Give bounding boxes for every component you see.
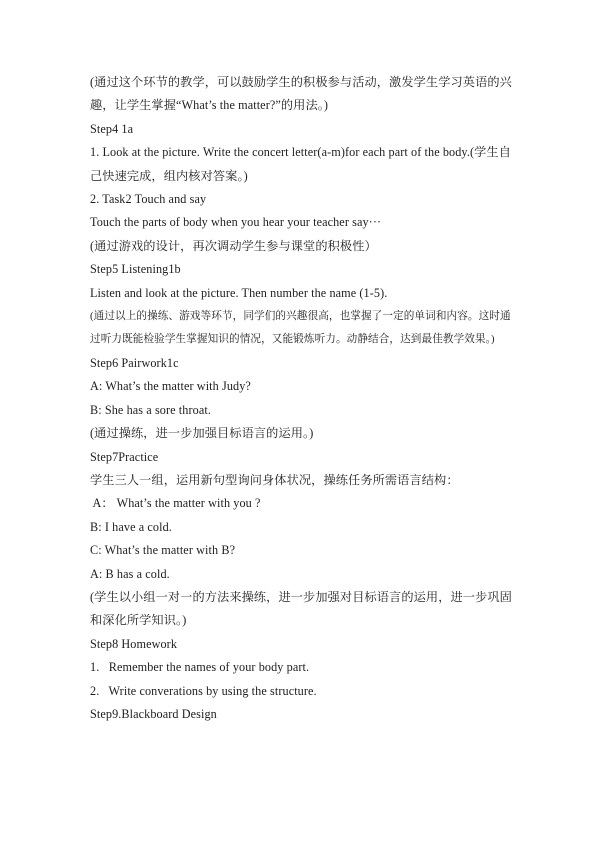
dialogue-line: A: What’s the matter with Judy?	[90, 375, 595, 398]
dialogue-line: B: I have a cold.	[90, 516, 595, 539]
step-heading: Step9.Blackboard Design	[90, 703, 595, 726]
text-line: 趣，让学生掌握“What’s the matter?”的用法。)	[90, 94, 595, 117]
dialogue-line: C: What’s the matter with B?	[90, 539, 595, 562]
step-heading: Step8 Homework	[90, 633, 595, 656]
text-line: Listen and look at the picture. Then num…	[90, 282, 595, 305]
dialogue-line: A： What’s the matter with you ?	[90, 492, 595, 515]
text-line: 过听力既能检验学生掌握知识的情况，又能锻炼听力。动静结合，达到最佳教学效果。)	[90, 328, 595, 351]
text-line: Touch the parts of body when you hear yo…	[90, 211, 595, 234]
text-line: 己快速完成，组内核对答案。)	[90, 165, 595, 188]
text-line: (学生以小组一对一的方法来操练，进一步加强对目标语言的运用，进一步巩固	[90, 586, 595, 609]
list-item: 1. Remember the names of your body part.	[90, 656, 595, 679]
dialogue-line: A: B has a cold.	[90, 563, 595, 586]
text-line: (通过以上的操练、游戏等环节，同学们的兴趣很高，也掌握了一定的单词和内容。这时通	[90, 305, 595, 328]
text-line: (通过这个环节的教学，可以鼓励学生的积极参与活动，激发学生学习英语的兴	[90, 71, 595, 94]
text-line: 1. Look at the picture. Write the concer…	[90, 141, 595, 164]
text-line: 2. Task2 Touch and say	[90, 188, 595, 211]
text-line: 和深化所学知识。)	[90, 609, 595, 632]
step-heading: Step6 Pairwork1c	[90, 352, 595, 375]
text-line: (通过游戏的设计，再次调动学生参与课堂的积极性）	[90, 235, 595, 258]
step-heading: Step7Practice	[90, 446, 595, 469]
dialogue-line: B: She has a sore throat.	[90, 399, 595, 422]
document-page: (通过这个环节的教学，可以鼓励学生的积极参与活动，激发学生学习英语的兴 趣，让学…	[0, 0, 595, 842]
text-line: 学生三人一组，运用新句型询问身体状况，操练任务所需语言结构：	[90, 469, 595, 492]
step-heading: Step4 1a	[90, 118, 595, 141]
text-line: (通过操练，进一步加强目标语言的运用。)	[90, 422, 595, 445]
step-heading: Step5 Listening1b	[90, 258, 595, 281]
list-item: 2. Write converations by using the struc…	[90, 680, 595, 703]
